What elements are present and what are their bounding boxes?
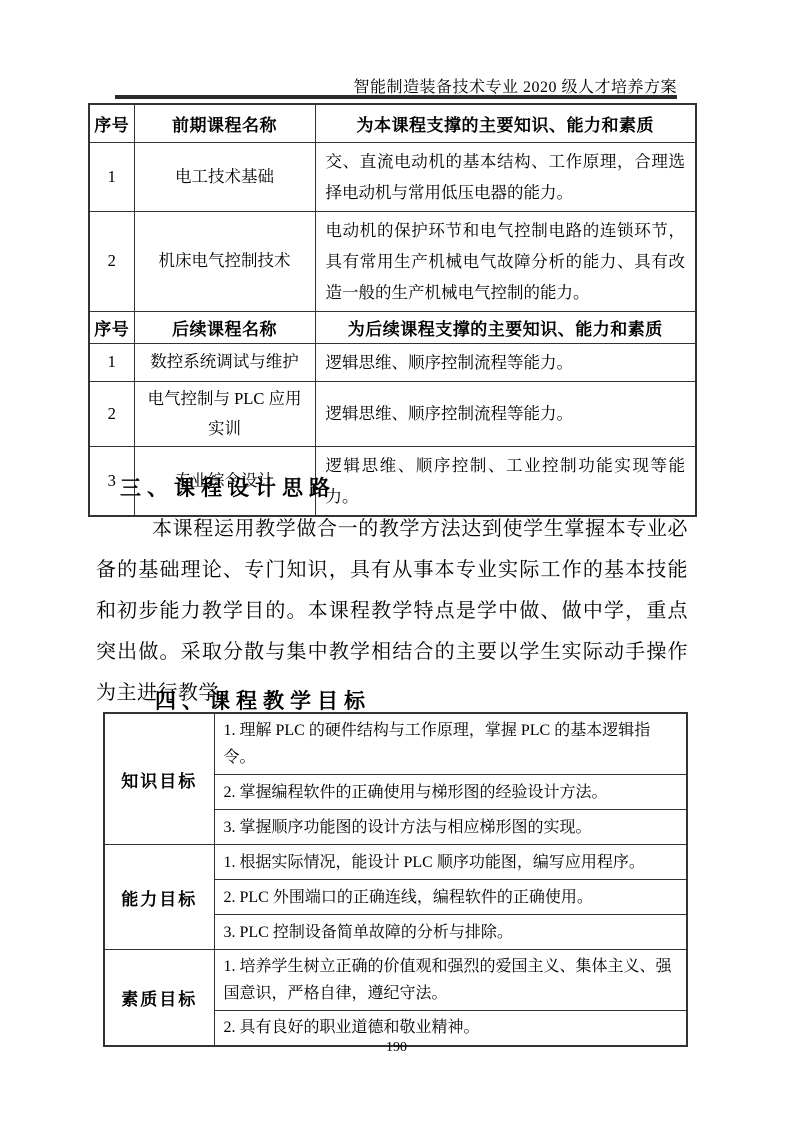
course-relation-table: 序号 前期课程名称 为本课程支撑的主要知识、能力和素质 1 电工技术基础 交、直…: [88, 103, 697, 517]
document-page: 智能制造装备技术专业 2020 级人才培养方案 序号 前期课程名称 为本课程支撑…: [0, 0, 793, 1122]
header-cell-post-course-desc: 为后续课程支撑的主要知识、能力和素质: [315, 311, 696, 343]
section-heading-teaching-objectives: 四、课程教学目标: [155, 685, 371, 715]
objective-category-cell: 知识目标: [104, 713, 214, 845]
table-row: 2 电气控制与 PLC 应用实训 逻辑思维、顺序控制流程等能力。: [89, 381, 696, 446]
table-row: 1 数控系统调试与维护 逻辑思维、顺序控制流程等能力。: [89, 343, 696, 381]
course-name-cell: 数控系统调试与维护: [134, 343, 315, 381]
row-number-cell: 2: [89, 381, 134, 446]
objective-category-cell: 素质目标: [104, 950, 214, 1046]
row-number-cell: 2: [89, 211, 134, 311]
objective-item-cell: 3. 掌握顺序功能图的设计方法与相应梯形图的实现。: [214, 810, 687, 845]
course-desc-cell: 交、直流电动机的基本结构、工作原理，合理选择电动机与常用低压电器的能力。: [315, 142, 696, 211]
pre-course-header-row: 序号 前期课程名称 为本课程支撑的主要知识、能力和素质: [89, 104, 696, 142]
table-row: 素质目标 1. 培养学生树立正确的价值观和强烈的爱国主义、集体主义、强国意识，严…: [104, 950, 687, 1011]
table-row: 2 机床电气控制技术 电动机的保护环节和电气控制电路的连锁环节，具有常用生产机械…: [89, 211, 696, 311]
course-desc-cell: 逻辑思维、顺序控制流程等能力。: [315, 343, 696, 381]
teaching-objectives-table: 知识目标 1. 理解 PLC 的硬件结构与工作原理，掌握 PLC 的基本逻辑指令…: [103, 712, 688, 1047]
objective-item-cell: 1. 理解 PLC 的硬件结构与工作原理，掌握 PLC 的基本逻辑指令。: [214, 713, 687, 775]
page-number: 190: [0, 1040, 793, 1056]
objective-item-cell: 1. 培养学生树立正确的价值观和强烈的爱国主义、集体主义、强国意识，严格自律，遵…: [214, 950, 687, 1011]
section-heading-course-design: 三、课程设计思路: [120, 472, 336, 502]
header-cell-pre-course-desc: 为本课程支撑的主要知识、能力和素质: [315, 104, 696, 142]
objective-item-cell: 2. 掌握编程软件的正确使用与梯形图的经验设计方法。: [214, 775, 687, 810]
row-number-cell: 1: [89, 343, 134, 381]
course-desc-cell: 电动机的保护环节和电气控制电路的连锁环节，具有常用生产机械电气故障分析的能力、具…: [315, 211, 696, 311]
course-desc-cell: 逻辑思维、顺序控制、工业控制功能实现等能力。: [315, 446, 696, 516]
course-design-paragraph: 本课程运用教学做合一的教学方法达到使学生掌握本专业必备的基础理论、专门知识，具有…: [96, 509, 688, 714]
course-name-cell: 机床电气控制技术: [134, 211, 315, 311]
course-name-cell: 电气控制与 PLC 应用实训: [134, 381, 315, 446]
header-cell-no: 序号: [89, 311, 134, 343]
header-cell-post-course-name: 后续课程名称: [134, 311, 315, 343]
post-course-header-row: 序号 后续课程名称 为后续课程支撑的主要知识、能力和素质: [89, 311, 696, 343]
header-cell-pre-course-name: 前期课程名称: [134, 104, 315, 142]
course-name-cell: 电工技术基础: [134, 142, 315, 211]
objective-category-cell: 能力目标: [104, 845, 214, 950]
row-number-cell: 1: [89, 142, 134, 211]
header-cell-no: 序号: [89, 104, 134, 142]
table-row: 能力目标 1. 根据实际情况，能设计 PLC 顺序功能图，编写应用程序。: [104, 845, 687, 880]
page-header-title: 智能制造装备技术专业 2020 级人才培养方案: [115, 74, 677, 97]
objective-item-cell: 2. PLC 外围端口的正确连线，编程软件的正确使用。: [214, 880, 687, 915]
course-desc-cell: 逻辑思维、顺序控制流程等能力。: [315, 381, 696, 446]
table-row: 1 电工技术基础 交、直流电动机的基本结构、工作原理，合理选择电动机与常用低压电…: [89, 142, 696, 211]
objective-item-cell: 3. PLC 控制设备简单故障的分析与排除。: [214, 915, 687, 950]
objective-item-cell: 1. 根据实际情况，能设计 PLC 顺序功能图，编写应用程序。: [214, 845, 687, 880]
header-rule: [115, 95, 677, 99]
table-row: 知识目标 1. 理解 PLC 的硬件结构与工作原理，掌握 PLC 的基本逻辑指令…: [104, 713, 687, 775]
